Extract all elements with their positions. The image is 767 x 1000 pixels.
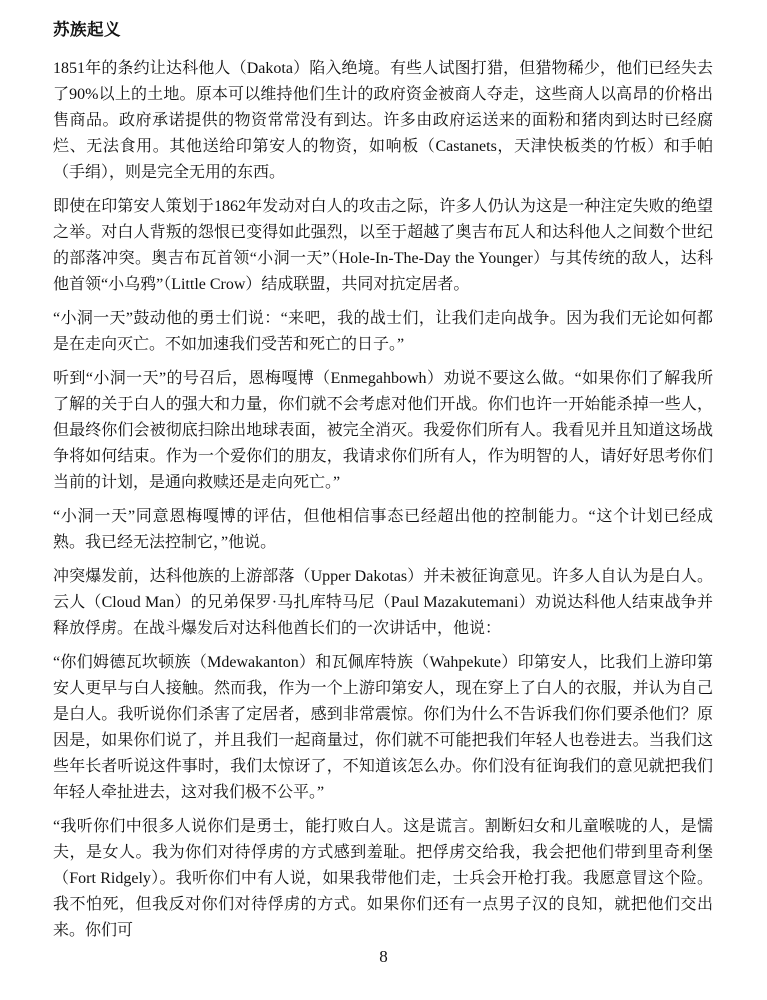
page-number: 8 (0, 946, 767, 968)
paragraph-2: 即使在印第安人策划于1862年发动对白人的攻击之际，许多人仍认为这是一种注定失败… (53, 194, 713, 298)
document-page: 苏族起义 1851年的条约让达科他人（Dakota）陷入绝境。有些人试图打猎，但… (0, 0, 767, 1000)
paragraph-6: 冲突爆发前，达科他族的上游部落（Upper Dakotas）并未被征询意见。许多… (53, 564, 713, 642)
paragraph-1: 1851年的条约让达科他人（Dakota）陷入绝境。有些人试图打猎，但猎物稀少，… (53, 56, 713, 186)
paragraph-8: “我听你们中很多人说你们是勇士，能打败白人。这是谎言。割断妇女和儿童喉咙的人，是… (53, 814, 713, 944)
paragraph-7: “你们姆德瓦坎顿族（Mdewakanton）和瓦佩库特族（Wahpekute）印… (53, 650, 713, 806)
paragraph-5: “小洞一天”同意恩梅嘎博的评估，但他相信事态已经超出他的控制能力。“这个计划已经… (53, 504, 713, 556)
paragraph-3: “小洞一天”鼓动他的勇士们说：“来吧，我的战士们，让我们走向战争。因为我们无论如… (53, 306, 713, 358)
paragraph-4: 听到“小洞一天”的号召后，恩梅嘎博（Enmegahbowh）劝说不要这么做。“如… (53, 366, 713, 496)
page-title: 苏族起义 (53, 17, 713, 43)
